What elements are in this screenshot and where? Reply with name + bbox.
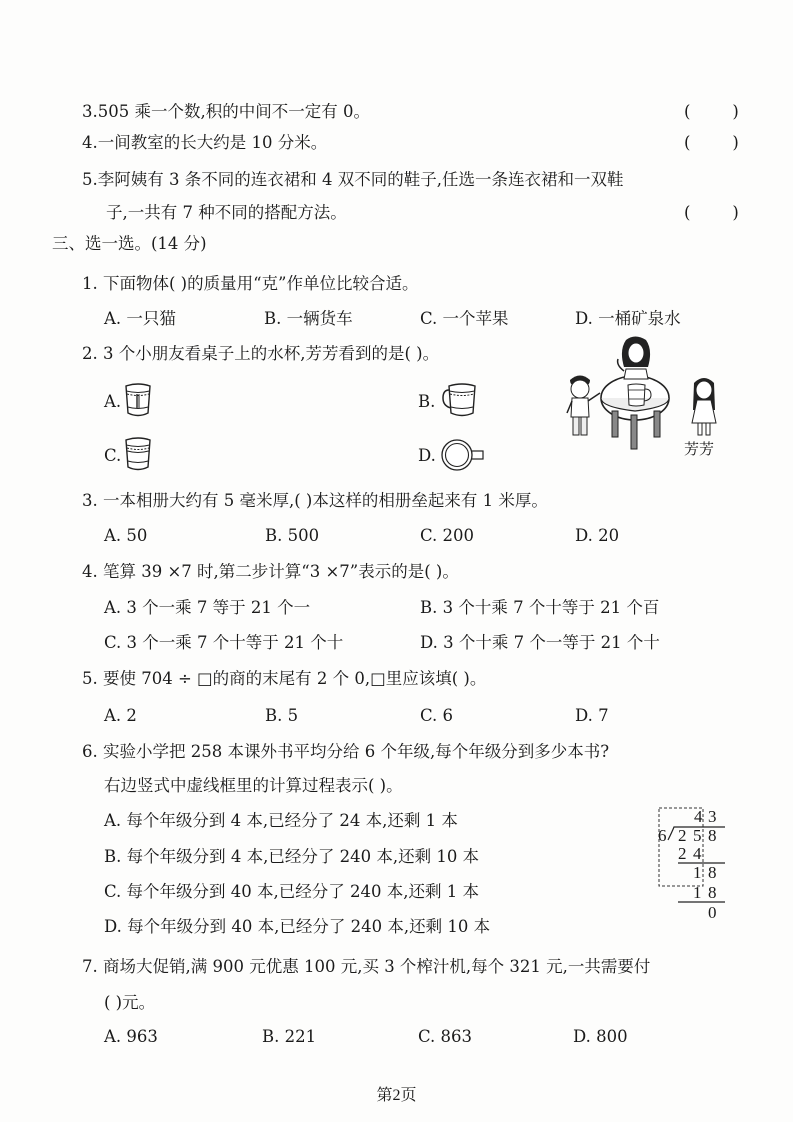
question-3-option-d[interactable]: D. 20 xyxy=(575,524,619,548)
cup-top-view-icon xyxy=(440,438,486,472)
item-text: 505 乘一个数,积的中间不一定有 0。 xyxy=(98,102,370,121)
cup-side-view-icon xyxy=(440,382,480,418)
question-7-stem: 7. 商场大促销,满 900 元优惠 100 元,买 3 个榨汁机,每个 321… xyxy=(82,955,650,979)
question-5-option-b[interactable]: B. 5 xyxy=(265,704,298,728)
question-4-option-b[interactable]: B. 3 个十乘 7 个十等于 21 个百 xyxy=(420,596,659,620)
item-number: 5. xyxy=(82,170,98,189)
question-7-option-c[interactable]: C. 863 xyxy=(418,1025,472,1049)
question-2-option-b[interactable]: B. xyxy=(418,390,435,414)
question-7-option-b[interactable]: B. 221 xyxy=(262,1025,316,1049)
item-number: 4. xyxy=(82,133,98,152)
product-digit: 1 xyxy=(693,884,702,902)
page-number: 第2页 xyxy=(0,1085,793,1107)
question-2-option-a[interactable]: A. xyxy=(104,390,121,414)
question-7-option-a[interactable]: A. 963 xyxy=(104,1025,158,1049)
question-3-option-b[interactable]: B. 500 xyxy=(265,524,319,548)
question-4-stem: 4. 笔算 39 ×7 时,第二步计算“3 ×7”表示的是( )。 xyxy=(82,560,459,584)
dividend-digit: 8 xyxy=(708,827,717,845)
quotient-digit: 4 xyxy=(694,808,703,826)
section-title: 三、选一选。(14 分) xyxy=(52,232,207,256)
question-6-option-d[interactable]: D. 每个年级分到 40 本,已经分了 240 本,还剩 10 本 xyxy=(104,915,490,939)
product-digit: 2 xyxy=(678,845,687,863)
question-5-option-c[interactable]: C. 6 xyxy=(420,704,453,728)
remainder-digit: 8 xyxy=(708,864,717,882)
question-1-option-d[interactable]: D. 一桶矿泉水 xyxy=(575,307,681,331)
question-5-stem: 5. 要使 704 ÷ □的商的末尾有 2 个 0,□里应该填( )。 xyxy=(82,667,486,691)
question-1-option-a[interactable]: A. 一只猫 xyxy=(104,307,176,331)
question-5-option-d[interactable]: D. 7 xyxy=(575,704,609,728)
question-3-option-a[interactable]: A. 50 xyxy=(104,524,147,548)
question-2-option-d[interactable]: D. xyxy=(418,444,436,468)
judge-item-5: 5.李阿姨有 3 条不同的连衣裙和 4 双不同的鞋子,任选一条连衣裙和一双鞋 xyxy=(82,168,623,192)
product-digit: 4 xyxy=(693,845,702,863)
judge-item-5-continued: 子,一共有 7 种不同的搭配方法。 xyxy=(106,201,347,225)
judge-item-3: 3.505 乘一个数,积的中间不一定有 0。 xyxy=(82,100,370,124)
question-5-option-a[interactable]: A. 2 xyxy=(104,704,137,728)
question-7-option-d[interactable]: D. 800 xyxy=(573,1025,628,1049)
final-remainder: 0 xyxy=(708,904,717,922)
question-3-stem: 3. 一本相册大约有 5 毫米厚,( )本这样的相册垒起来有 1 米厚。 xyxy=(82,489,548,513)
remainder-digit: 1 xyxy=(693,864,702,882)
scene-label-fangfang: 芳芳 xyxy=(684,437,714,461)
question-4-option-c[interactable]: C. 3 个一乘 7 个十等于 21 个十 xyxy=(104,631,343,655)
divisor: 6 xyxy=(658,827,667,845)
cup-front-view-icon xyxy=(123,436,153,472)
question-6-stem: 6. 实验小学把 258 本课外书平均分给 6 个年级,每个年级分到多少本书? xyxy=(82,740,609,764)
dividend-digit: 2 xyxy=(678,827,687,845)
question-6-option-b[interactable]: B. 每个年级分到 4 本,已经分了 240 本,还剩 10 本 xyxy=(104,845,479,869)
item-number: 3. xyxy=(82,102,98,121)
question-4-option-a[interactable]: A. 3 个一乘 7 等于 21 个一 xyxy=(104,596,310,620)
answer-blank[interactable]: ( ) xyxy=(684,131,739,155)
question-4-option-d[interactable]: D. 3 个十乘 7 个一等于 21 个十 xyxy=(420,631,660,655)
item-text: 一间教室的长大约是 10 分米。 xyxy=(98,133,328,152)
long-division: 4 3 6 2 5 8 2 4 1 8 1 8 0 xyxy=(650,806,732,926)
question-7-stem-continued: ( )元。 xyxy=(104,991,155,1015)
question-6-option-a[interactable]: A. 每个年级分到 4 本,已经分了 24 本,还剩 1 本 xyxy=(104,809,458,833)
answer-blank[interactable]: ( ) xyxy=(684,201,739,225)
question-1-option-c[interactable]: C. 一个苹果 xyxy=(420,307,509,331)
product-digit: 8 xyxy=(708,884,717,902)
question-1-stem: 1. 下面物体( )的质量用“克”作单位比较合适。 xyxy=(82,272,418,296)
cup-back-view-icon xyxy=(123,382,153,418)
answer-blank[interactable]: ( ) xyxy=(684,100,739,124)
division-lines xyxy=(650,806,732,926)
judge-item-4: 4.一间教室的长大约是 10 分米。 xyxy=(82,131,327,155)
question-3-option-c[interactable]: C. 200 xyxy=(420,524,474,548)
question-2-option-c[interactable]: C. xyxy=(104,444,121,468)
question-6-option-c[interactable]: C. 每个年级分到 40 本,已经分了 240 本,还剩 1 本 xyxy=(104,880,479,904)
dividend-digit: 5 xyxy=(693,827,702,845)
item-text: 李阿姨有 3 条不同的连衣裙和 4 双不同的鞋子,任选一条连衣裙和一双鞋 xyxy=(98,170,624,189)
question-2-stem: 2. 3 个小朋友看桌子上的水杯,芳芳看到的是( )。 xyxy=(82,342,439,366)
question-6-stem-continued: 右边竖式中虚线框里的计算过程表示( )。 xyxy=(104,774,403,798)
question-1-option-b[interactable]: B. 一辆货车 xyxy=(264,307,353,331)
quotient-digit: 3 xyxy=(708,808,717,826)
